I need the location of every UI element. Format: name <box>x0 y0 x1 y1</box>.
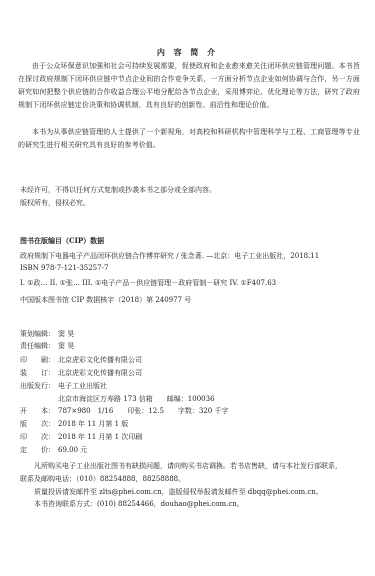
cip-classification: I. ①政… II. ①张… III. ①电子产品－供应链管理－政府管制－研究 … <box>20 278 276 288</box>
notice-line-4: 本书咨询联系方式：(010) 88254466，douhao@phei.com.… <box>34 499 244 509</box>
summary-title: 内 容 简 介 <box>0 47 375 58</box>
credit-responsible-editor: 责任编辑：窦 昊 <box>20 341 74 351</box>
rights-reserved: 版权所有，侵权必究。 <box>20 198 90 208</box>
cip-heading: 图书在版编目（CIP）数据 <box>20 236 104 246</box>
summary-paragraph-1: 由于公众环保意识加强和社会可持续发展需要，促使政府和企业愈来愈关注闭环供应链管理… <box>18 60 360 112</box>
credit-printer: 印 刷：北京虎彩文化传播有限公司 <box>20 355 142 365</box>
cip-library-record: 中国版本图书馆 CIP 数据核字（2018）第 240977 号 <box>20 295 191 305</box>
summary-paragraph-2: 本书为从事供应链管理的人士提供了一个新视角，对高校和科研机构中管理科学与工程、工… <box>18 126 360 152</box>
credit-address: 北京市海淀区万寿路 173 信箱 邮编：100036 <box>20 394 215 404</box>
credit-edition: 版 次：2018 年 11 月第 1 版 <box>20 419 128 429</box>
copyright-notice: 未经许可，不得以任何方式复制或抄袭本书之部分或全部内容。 <box>20 185 216 195</box>
notice-line-1: 凡所购买电子工业出版社图书有缺损问题，请向购买书店调换。若书店售缺，请与本社发行… <box>34 461 342 471</box>
notice-line-2: 联系及邮购电话：（010）88254888，88258888。 <box>20 474 185 484</box>
credit-planning-editor: 策划编辑：窦 昊 <box>20 329 74 339</box>
credit-printing: 印 次：2018 年 11 月第 1 次印刷 <box>20 432 142 442</box>
isbn: ISBN 978-7-121-35257-7 <box>20 263 108 273</box>
credit-format: 开 本：787×980 1/16 印张：12.5 字数：320 千字 <box>20 406 228 416</box>
credit-publisher: 出版发行：电子工业出版社 <box>20 381 107 391</box>
copyright-page: 内 容 简 介 由于公众环保意识加强和社会可持续发展需要，促使政府和企业愈来愈关… <box>0 0 375 576</box>
notice-line-3: 质量投诉请发邮件至 zlts@phei.com.cn，盗版侵权举报请发邮件至 d… <box>34 487 323 497</box>
credit-binder: 装 订：北京虎彩文化传播有限公司 <box>20 368 142 378</box>
credit-price: 定 价：69.00 元 <box>20 445 87 455</box>
cip-record: 政府规制下电器电子产品闭环供应链合作博弈研究 / 张念著. —北京：电子工业出版… <box>20 251 319 261</box>
